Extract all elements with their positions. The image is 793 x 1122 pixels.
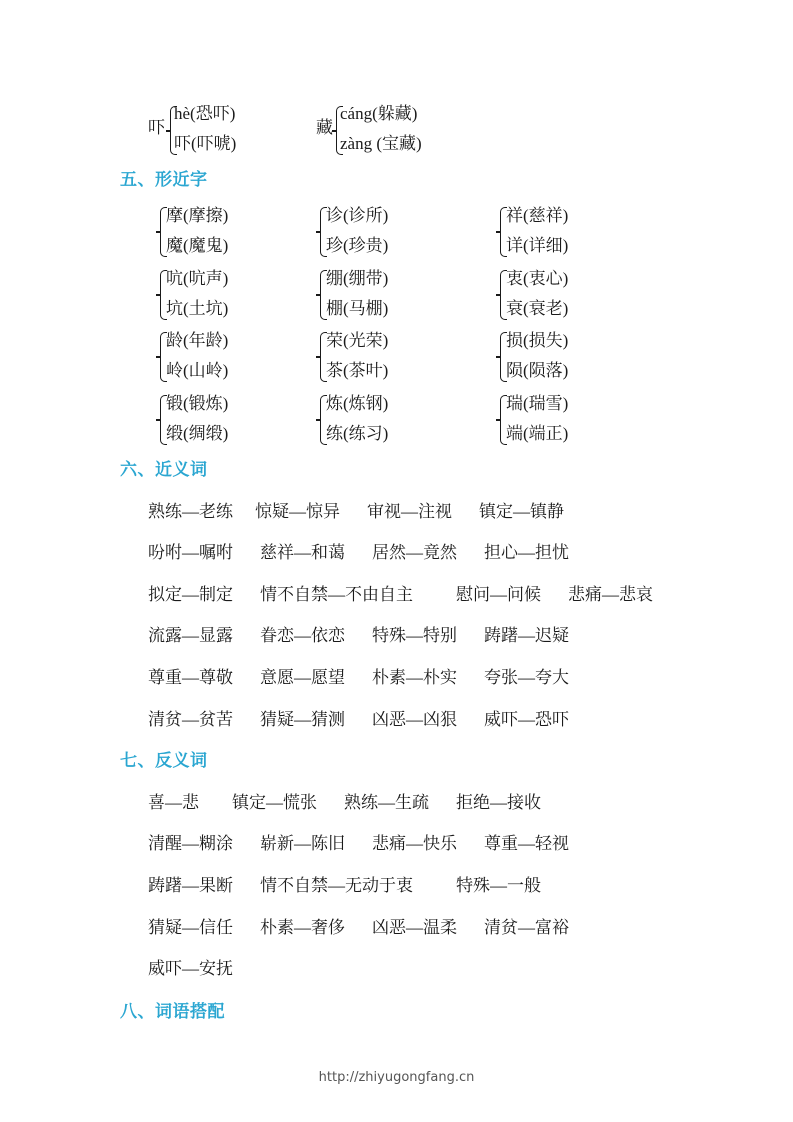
polyphone-reading: hè(恐吓)	[174, 103, 235, 125]
word-pair: 踌躇—果断	[148, 875, 260, 897]
word-pair: 威吓—安抚	[148, 958, 233, 980]
char-item: 坑(土坑)	[166, 298, 228, 320]
word-pair: 镇定—慌张	[232, 792, 344, 814]
word-pair: 悲痛—快乐	[372, 833, 484, 855]
synonym-row: 拟定—制定情不自禁—不由自主慰问—问候悲痛—悲哀	[148, 584, 653, 606]
word-pair: 凶恶—凶狠	[372, 709, 484, 731]
word-pair: 熟练—老练	[148, 501, 255, 523]
antonym-row: 威吓—安抚	[148, 958, 233, 980]
antonym-row: 清醒—糊涂崭新—陈旧悲痛—快乐尊重—轻视	[148, 833, 569, 855]
word-pair: 崭新—陈旧	[260, 833, 372, 855]
word-pair: 居然—竟然	[372, 542, 484, 564]
word-pair: 清贫—贫苦	[148, 709, 260, 731]
polyphone-reading: cáng(躲藏)	[340, 103, 417, 125]
section-title-synonyms: 六、近义词	[120, 459, 208, 481]
char-item: 炼(炼钢)	[326, 393, 388, 415]
char-item: 魔(魔鬼)	[166, 235, 228, 257]
word-pair: 流露—显露	[148, 625, 260, 647]
word-pair: 慰问—问候	[456, 584, 568, 606]
polyphone-group: 吓 hè(恐吓) 吓(吓唬)	[148, 102, 268, 160]
char-item: 吭(吭声)	[166, 268, 228, 290]
char-item: 诊(诊所)	[326, 205, 388, 227]
word-pair: 镇定—镇静	[479, 501, 564, 523]
char-item: 茶(茶叶)	[326, 360, 388, 382]
section-title-collocations: 八、词语搭配	[120, 1001, 225, 1023]
char-item: 龄(年龄)	[166, 330, 228, 352]
word-pair: 情不自禁—无动于衷	[260, 875, 456, 897]
word-pair: 审视—注视	[367, 501, 479, 523]
word-pair: 尊重—尊敬	[148, 667, 260, 689]
word-pair: 拟定—制定	[148, 584, 260, 606]
word-pair: 拒绝—接收	[456, 792, 541, 814]
word-pair: 朴素—朴实	[372, 667, 484, 689]
word-pair: 特殊—一般	[456, 875, 541, 897]
char-item: 衰(衰老)	[506, 298, 568, 320]
char-item: 瑞(瑞雪)	[506, 393, 568, 415]
word-pair: 凶恶—温柔	[372, 917, 484, 939]
char-item: 棚(马棚)	[326, 298, 388, 320]
word-pair: 清贫—富裕	[484, 917, 569, 939]
word-pair: 猜疑—信任	[148, 917, 260, 939]
word-pair: 踌躇—迟疑	[484, 625, 569, 647]
word-pair: 猜疑—猜测	[260, 709, 372, 731]
char-item: 岭(山岭)	[166, 360, 228, 382]
synonym-row: 吩咐—嘱咐慈祥—和蔼居然—竟然担心—担忧	[148, 542, 569, 564]
word-pair: 惊疑—惊异	[255, 501, 367, 523]
char-item: 练(练习)	[326, 423, 388, 445]
char-item: 珍(珍贵)	[326, 235, 388, 257]
word-pair: 朴素—奢侈	[260, 917, 372, 939]
char-item: 缎(绸缎)	[166, 423, 228, 445]
char-item: 锻(锻炼)	[166, 393, 228, 415]
synonym-row: 清贫—贫苦猜疑—猜测凶恶—凶狠威吓—恐吓	[148, 709, 569, 731]
char-item: 绷(绷带)	[326, 268, 388, 290]
synonym-row: 尊重—尊敬意愿—愿望朴素—朴实夸张—夸大	[148, 667, 569, 689]
polyphone-reading: 吓(吓唬)	[174, 133, 236, 155]
word-pair: 悲痛—悲哀	[568, 584, 653, 606]
word-pair: 情不自禁—不由自主	[260, 584, 456, 606]
word-pair: 熟练—生疏	[344, 792, 456, 814]
word-pair: 吩咐—嘱咐	[148, 542, 260, 564]
char-item: 详(详细)	[506, 235, 568, 257]
section-title-antonyms: 七、反义词	[120, 750, 208, 772]
polyphone-reading: zàng (宝藏)	[340, 133, 422, 155]
char-item: 摩(摩擦)	[166, 205, 228, 227]
word-pair: 夸张—夸大	[484, 667, 569, 689]
polyphone-char: 吓	[148, 117, 165, 139]
word-pair: 尊重—轻视	[484, 833, 569, 855]
char-item: 祥(慈祥)	[506, 205, 568, 227]
word-pair: 清醒—糊涂	[148, 833, 260, 855]
word-pair: 特殊—特别	[372, 625, 484, 647]
word-pair: 担心—担忧	[484, 542, 569, 564]
synonym-row: 流露—显露眷恋—依恋特殊—特别踌躇—迟疑	[148, 625, 569, 647]
antonym-row: 猜疑—信任朴素—奢侈凶恶—温柔清贫—富裕	[148, 917, 569, 939]
char-item: 荣(光荣)	[326, 330, 388, 352]
char-item: 端(端正)	[506, 423, 568, 445]
char-item: 陨(陨落)	[506, 360, 568, 382]
antonym-row: 踌躇—果断情不自禁—无动于衷特殊—一般	[148, 875, 541, 897]
section-title-similar-chars: 五、形近字	[120, 169, 208, 191]
word-pair: 意愿—愿望	[260, 667, 372, 689]
footer-url: http://zhiyugongfang.cn	[0, 1070, 793, 1085]
word-pair: 威吓—恐吓	[484, 709, 569, 731]
word-pair: 慈祥—和蔼	[260, 542, 372, 564]
char-item: 衷(衷心)	[506, 268, 568, 290]
word-pair: 喜—悲	[148, 792, 232, 814]
polyphone-group: 藏 cáng(躲藏) zàng (宝藏)	[316, 102, 456, 160]
char-item: 损(损失)	[506, 330, 568, 352]
antonym-row: 喜—悲镇定—慌张熟练—生疏拒绝—接收	[148, 792, 541, 814]
word-pair: 眷恋—依恋	[260, 625, 372, 647]
polyphone-char: 藏	[316, 117, 333, 139]
synonym-row: 熟练—老练惊疑—惊异审视—注视镇定—镇静	[148, 501, 564, 523]
